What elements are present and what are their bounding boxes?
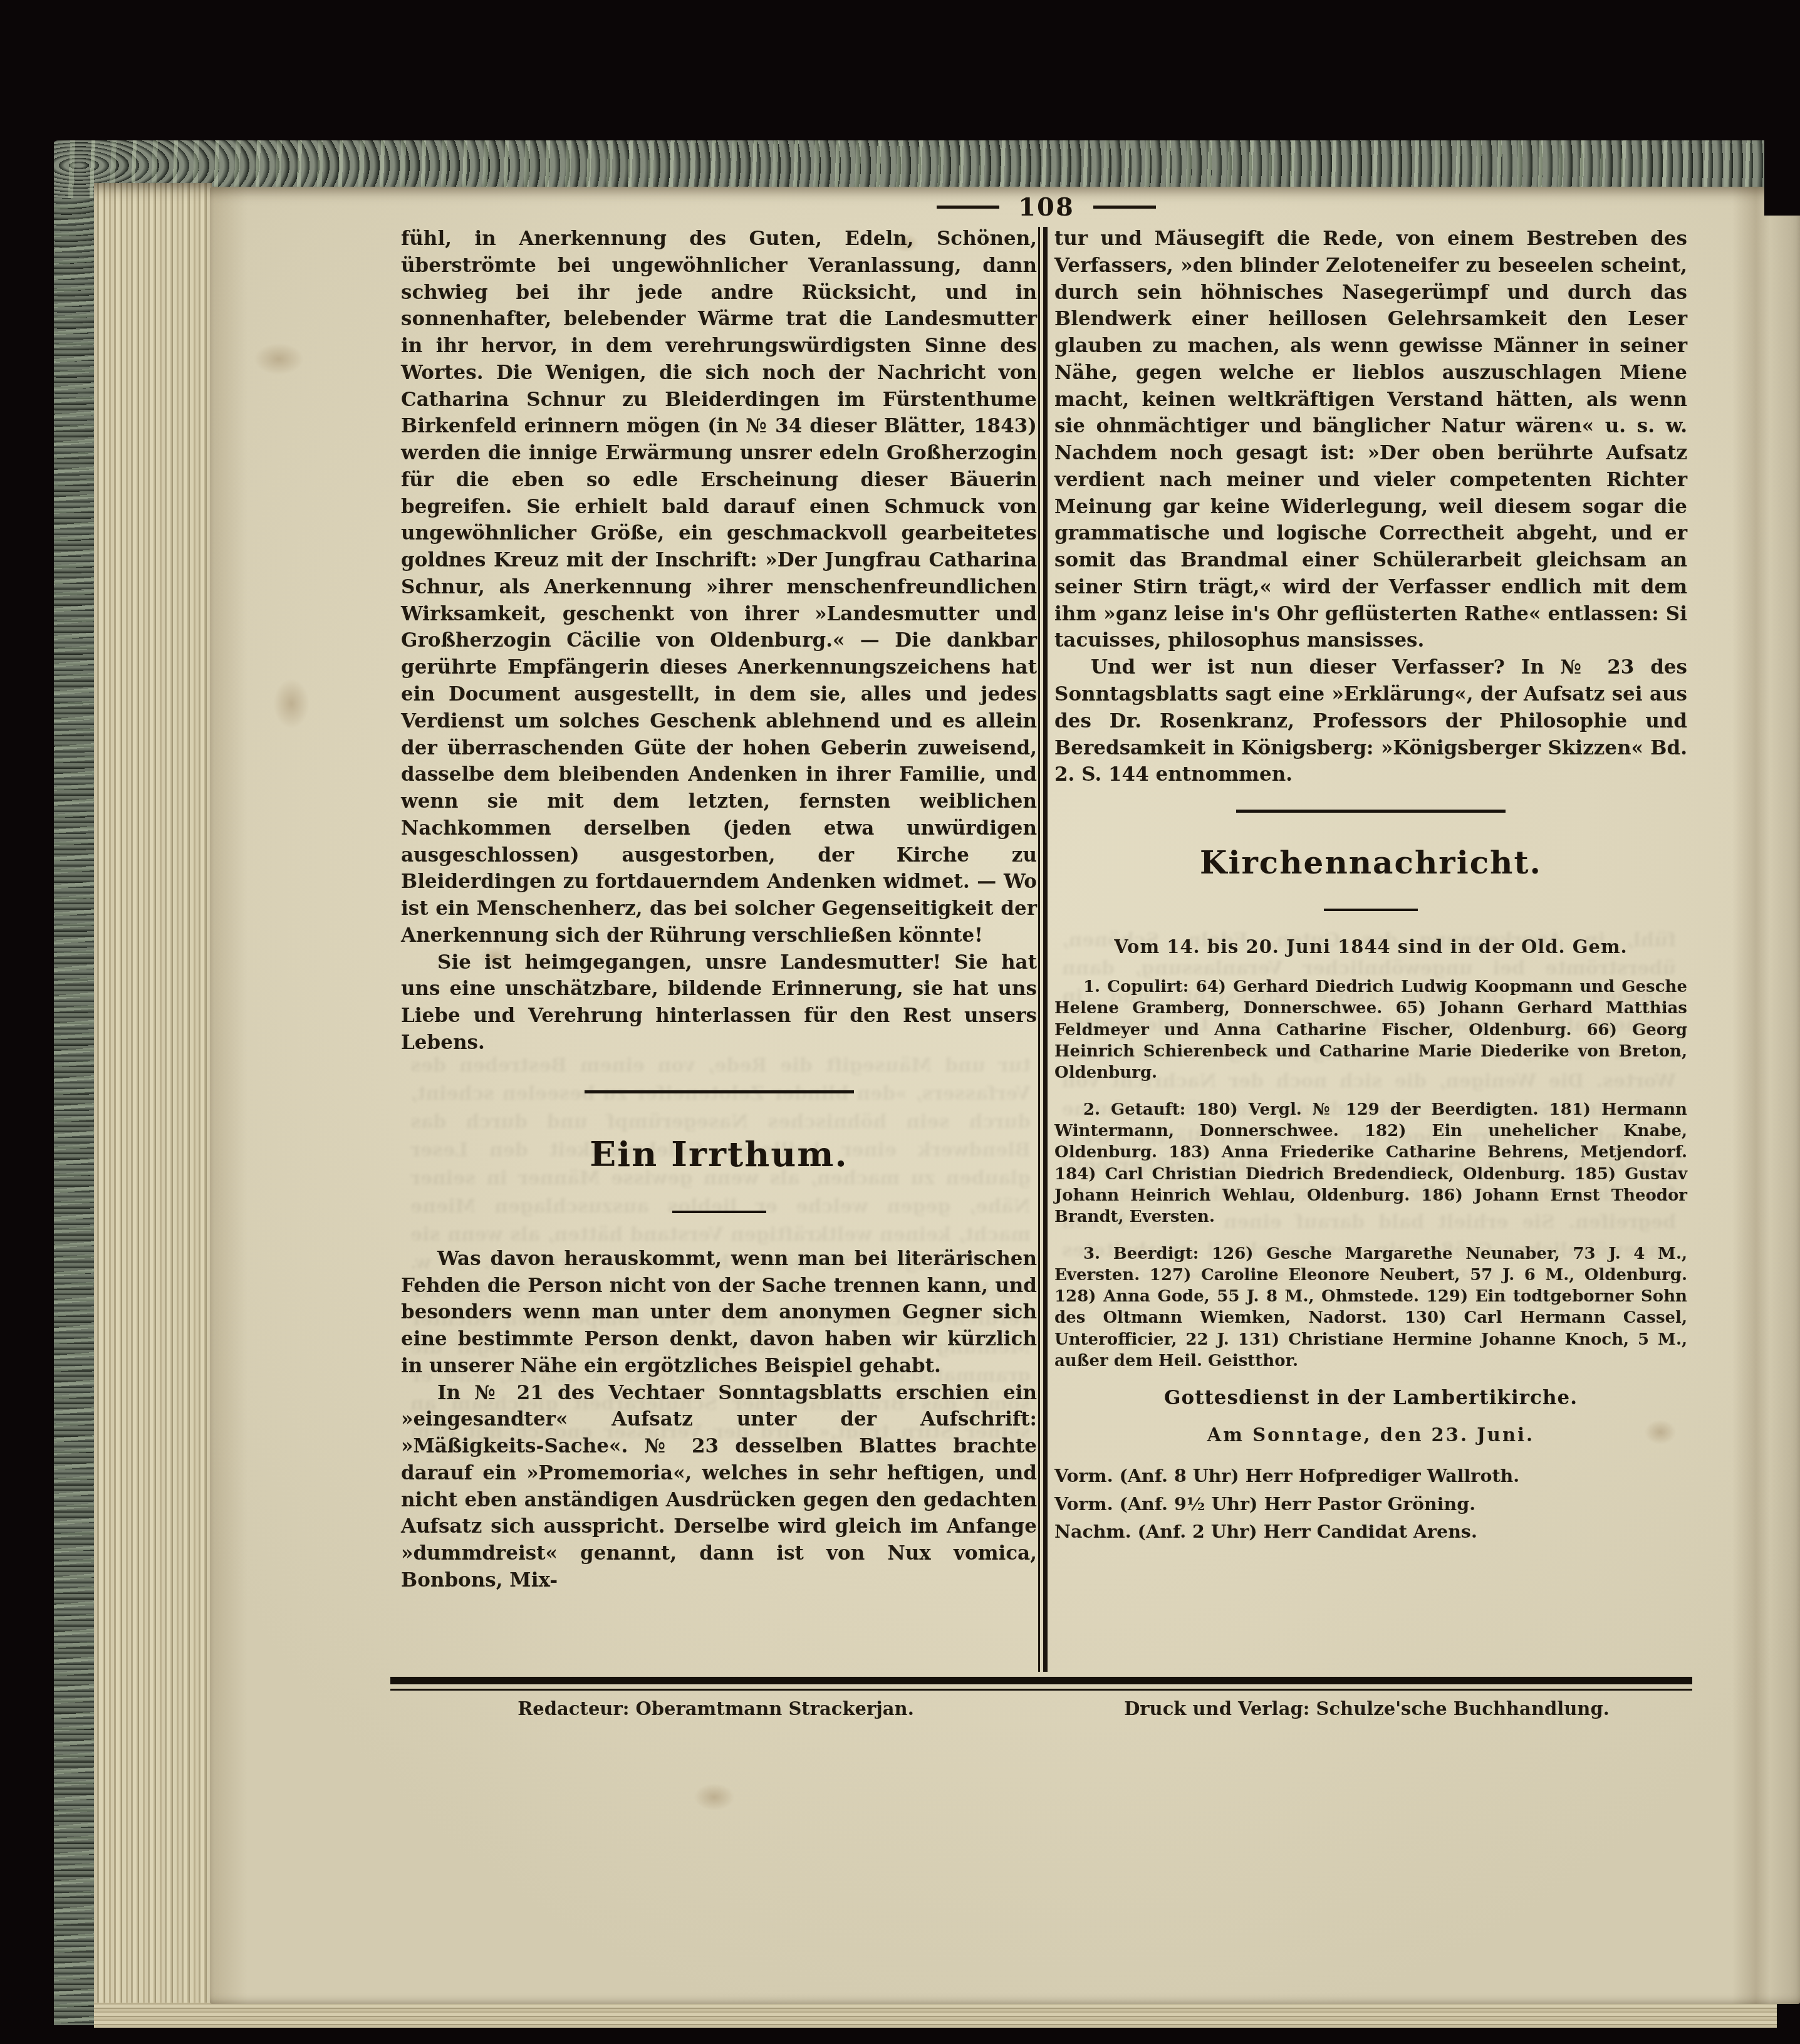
church-record-buried: 3. Beerdigt: 126) Gesche Margarethe Neun… — [1054, 1243, 1687, 1372]
column-divider-rule — [1038, 227, 1048, 1672]
left-column: fühl, in Anerkennung des Guten, Edeln, S… — [401, 226, 1037, 1674]
background-corner — [1764, 0, 1800, 216]
right-column: tur und Mäusegift die Rede, von einem Be… — [1054, 226, 1687, 1674]
header-rule-left — [937, 206, 999, 209]
church-record-married: 1. Copulirt: 64) Gerhard Diedrich Ludwig… — [1054, 976, 1687, 1084]
service-entry: Vorm. (Anf. 8 Uhr) Herr Hofprediger Wall… — [1054, 1462, 1687, 1489]
page-stack-bottom — [94, 2003, 1777, 2028]
stain — [266, 669, 316, 738]
stain — [686, 1778, 742, 1816]
heading-separator-rule — [1324, 909, 1418, 911]
article-paragraph: In № 21 des Vechtaer Sonntagsblatts ersc… — [401, 1380, 1037, 1594]
article-paragraph: Sie ist heimgegangen, unsre Landesmutter… — [401, 949, 1037, 1056]
service-entry: Nachm. (Anf. 2 Uhr) Herr Candidat Arens. — [1054, 1518, 1687, 1545]
page-header: 108 — [924, 190, 1168, 223]
article-paragraph: fühl, in Anerkennung des Guten, Edeln, S… — [401, 226, 1037, 949]
page-stack-left — [94, 183, 212, 2019]
footer-separator-rule — [390, 1677, 1692, 1692]
church-news-dateline: Vom 14. bis 20. Juni 1844 sind in der Ol… — [1054, 936, 1687, 957]
newspaper-page: tur und Mäusegift die Rede, von einem Be… — [210, 187, 1800, 2004]
book-cover-edge-left — [54, 142, 96, 2025]
service-date: Am Sonntage, den 23. Juni. — [1054, 1424, 1687, 1446]
church-news-heading: Kirchennachricht. — [1054, 844, 1687, 881]
article-paragraph: Und wer ist nun dieser Verfasser? In № 2… — [1054, 654, 1687, 788]
service-heading: Gottesdienst in der Lambertikirche. — [1054, 1387, 1687, 1409]
imprint-editor: Redacteur: Oberamtmann Strackerjan. — [390, 1698, 1041, 1719]
section-separator-rule — [1236, 810, 1506, 813]
page-number: 108 — [1018, 192, 1074, 222]
heading-separator-rule — [672, 1211, 766, 1213]
section-heading: Ein Irrthum. — [401, 1134, 1037, 1174]
service-entry: Vorm. (Anf. 9½ Uhr) Herr Pastor Gröning. — [1054, 1490, 1687, 1518]
book-scan-photo: tur und Mäusegift die Rede, von einem Be… — [0, 0, 1800, 2044]
header-rule-right — [1093, 206, 1156, 209]
stain — [244, 337, 313, 381]
article-paragraph: tur und Mäusegift die Rede, von einem Be… — [1054, 226, 1687, 654]
church-record-baptized: 2. Getauft: 180) Vergl. № 129 der Beerdi… — [1054, 1099, 1687, 1228]
imprint-row: Redacteur: Oberamtmann Strackerjan. Druc… — [390, 1698, 1692, 1719]
article-paragraph: Was davon herauskommt, wenn man bei lite… — [401, 1246, 1037, 1380]
imprint-publisher: Druck und Verlag: Schulze'sche Buchhandl… — [1041, 1698, 1692, 1719]
section-separator-rule — [585, 1090, 854, 1093]
